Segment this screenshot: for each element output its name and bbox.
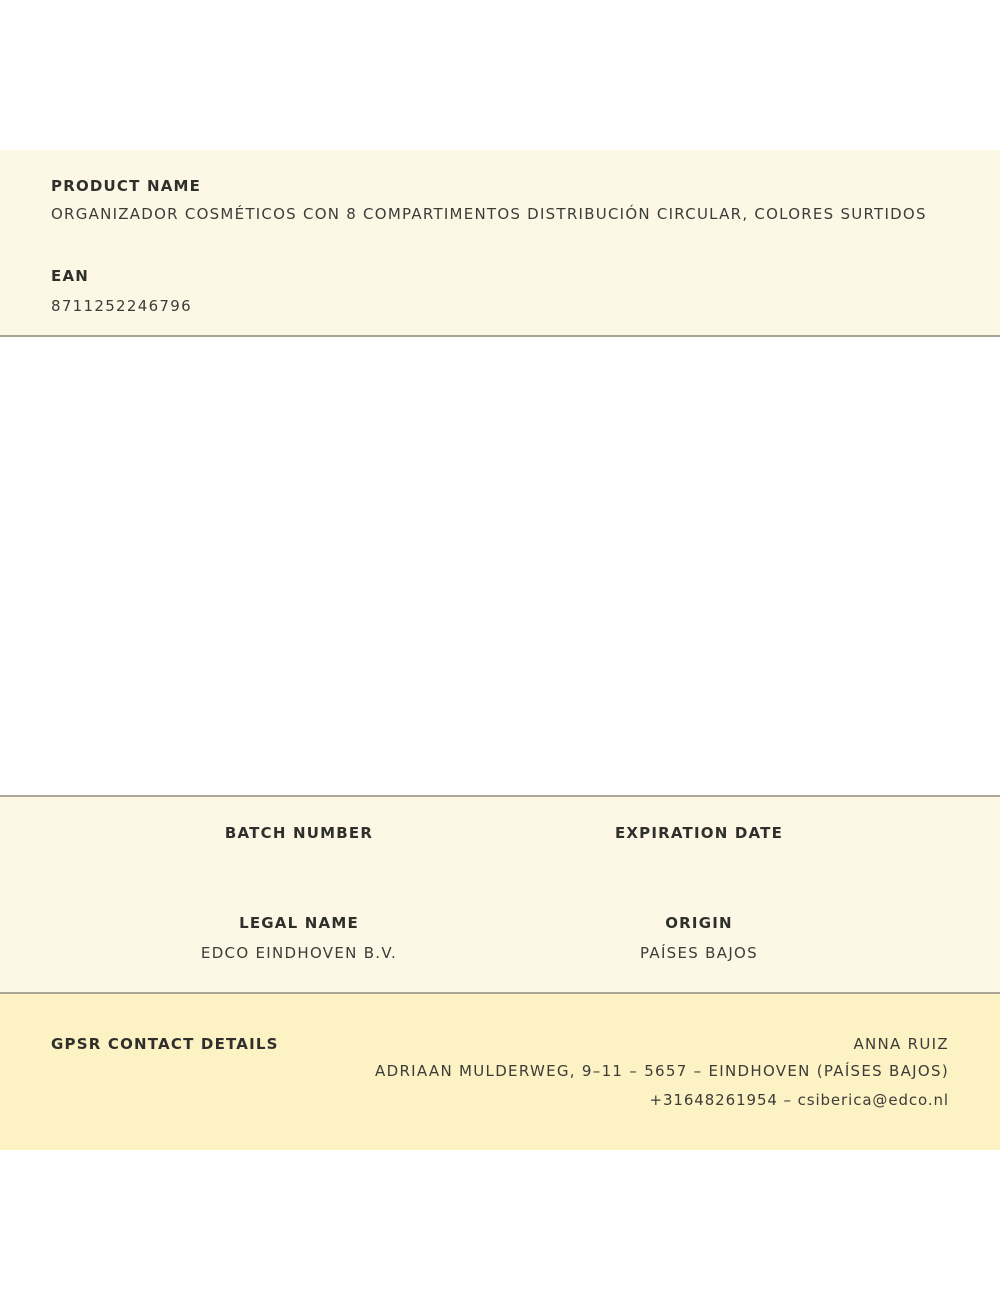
legal-name-value: EDCO EINDHOVEN B.V.	[201, 944, 397, 962]
divider	[0, 335, 1000, 337]
ean-value: 8711252246796	[51, 297, 192, 315]
info-section: BATCH NUMBER EXPIRATION DATE LEGAL NAME …	[0, 797, 1000, 992]
ean-label: EAN	[51, 267, 89, 285]
batch-number-label: BATCH NUMBER	[225, 824, 373, 842]
product-name-label: PRODUCT NAME	[51, 177, 201, 195]
product-name-value: ORGANIZADOR COSMÉTICOS CON 8 COMPARTIMEN…	[51, 205, 927, 223]
contact-name: ANNA RUIZ	[853, 1035, 949, 1053]
contact-phone-email: +31648261954 – csiberica@edco.nl	[650, 1091, 950, 1109]
contact-address: ADRIAAN MULDERWEG, 9–11 – 5657 – EINDHOV…	[375, 1062, 949, 1080]
gpsr-contact-section: GPSR CONTACT DETAILS ANNA RUIZ ADRIAAN M…	[0, 994, 1000, 1150]
expiration-date-label: EXPIRATION DATE	[615, 824, 783, 842]
product-section: PRODUCT NAME ORGANIZADOR COSMÉTICOS CON …	[0, 150, 1000, 335]
gpsr-contact-label: GPSR CONTACT DETAILS	[51, 1035, 279, 1053]
origin-label: ORIGIN	[665, 914, 733, 932]
legal-name-label: LEGAL NAME	[239, 914, 359, 932]
origin-value: PAÍSES BAJOS	[640, 944, 758, 962]
